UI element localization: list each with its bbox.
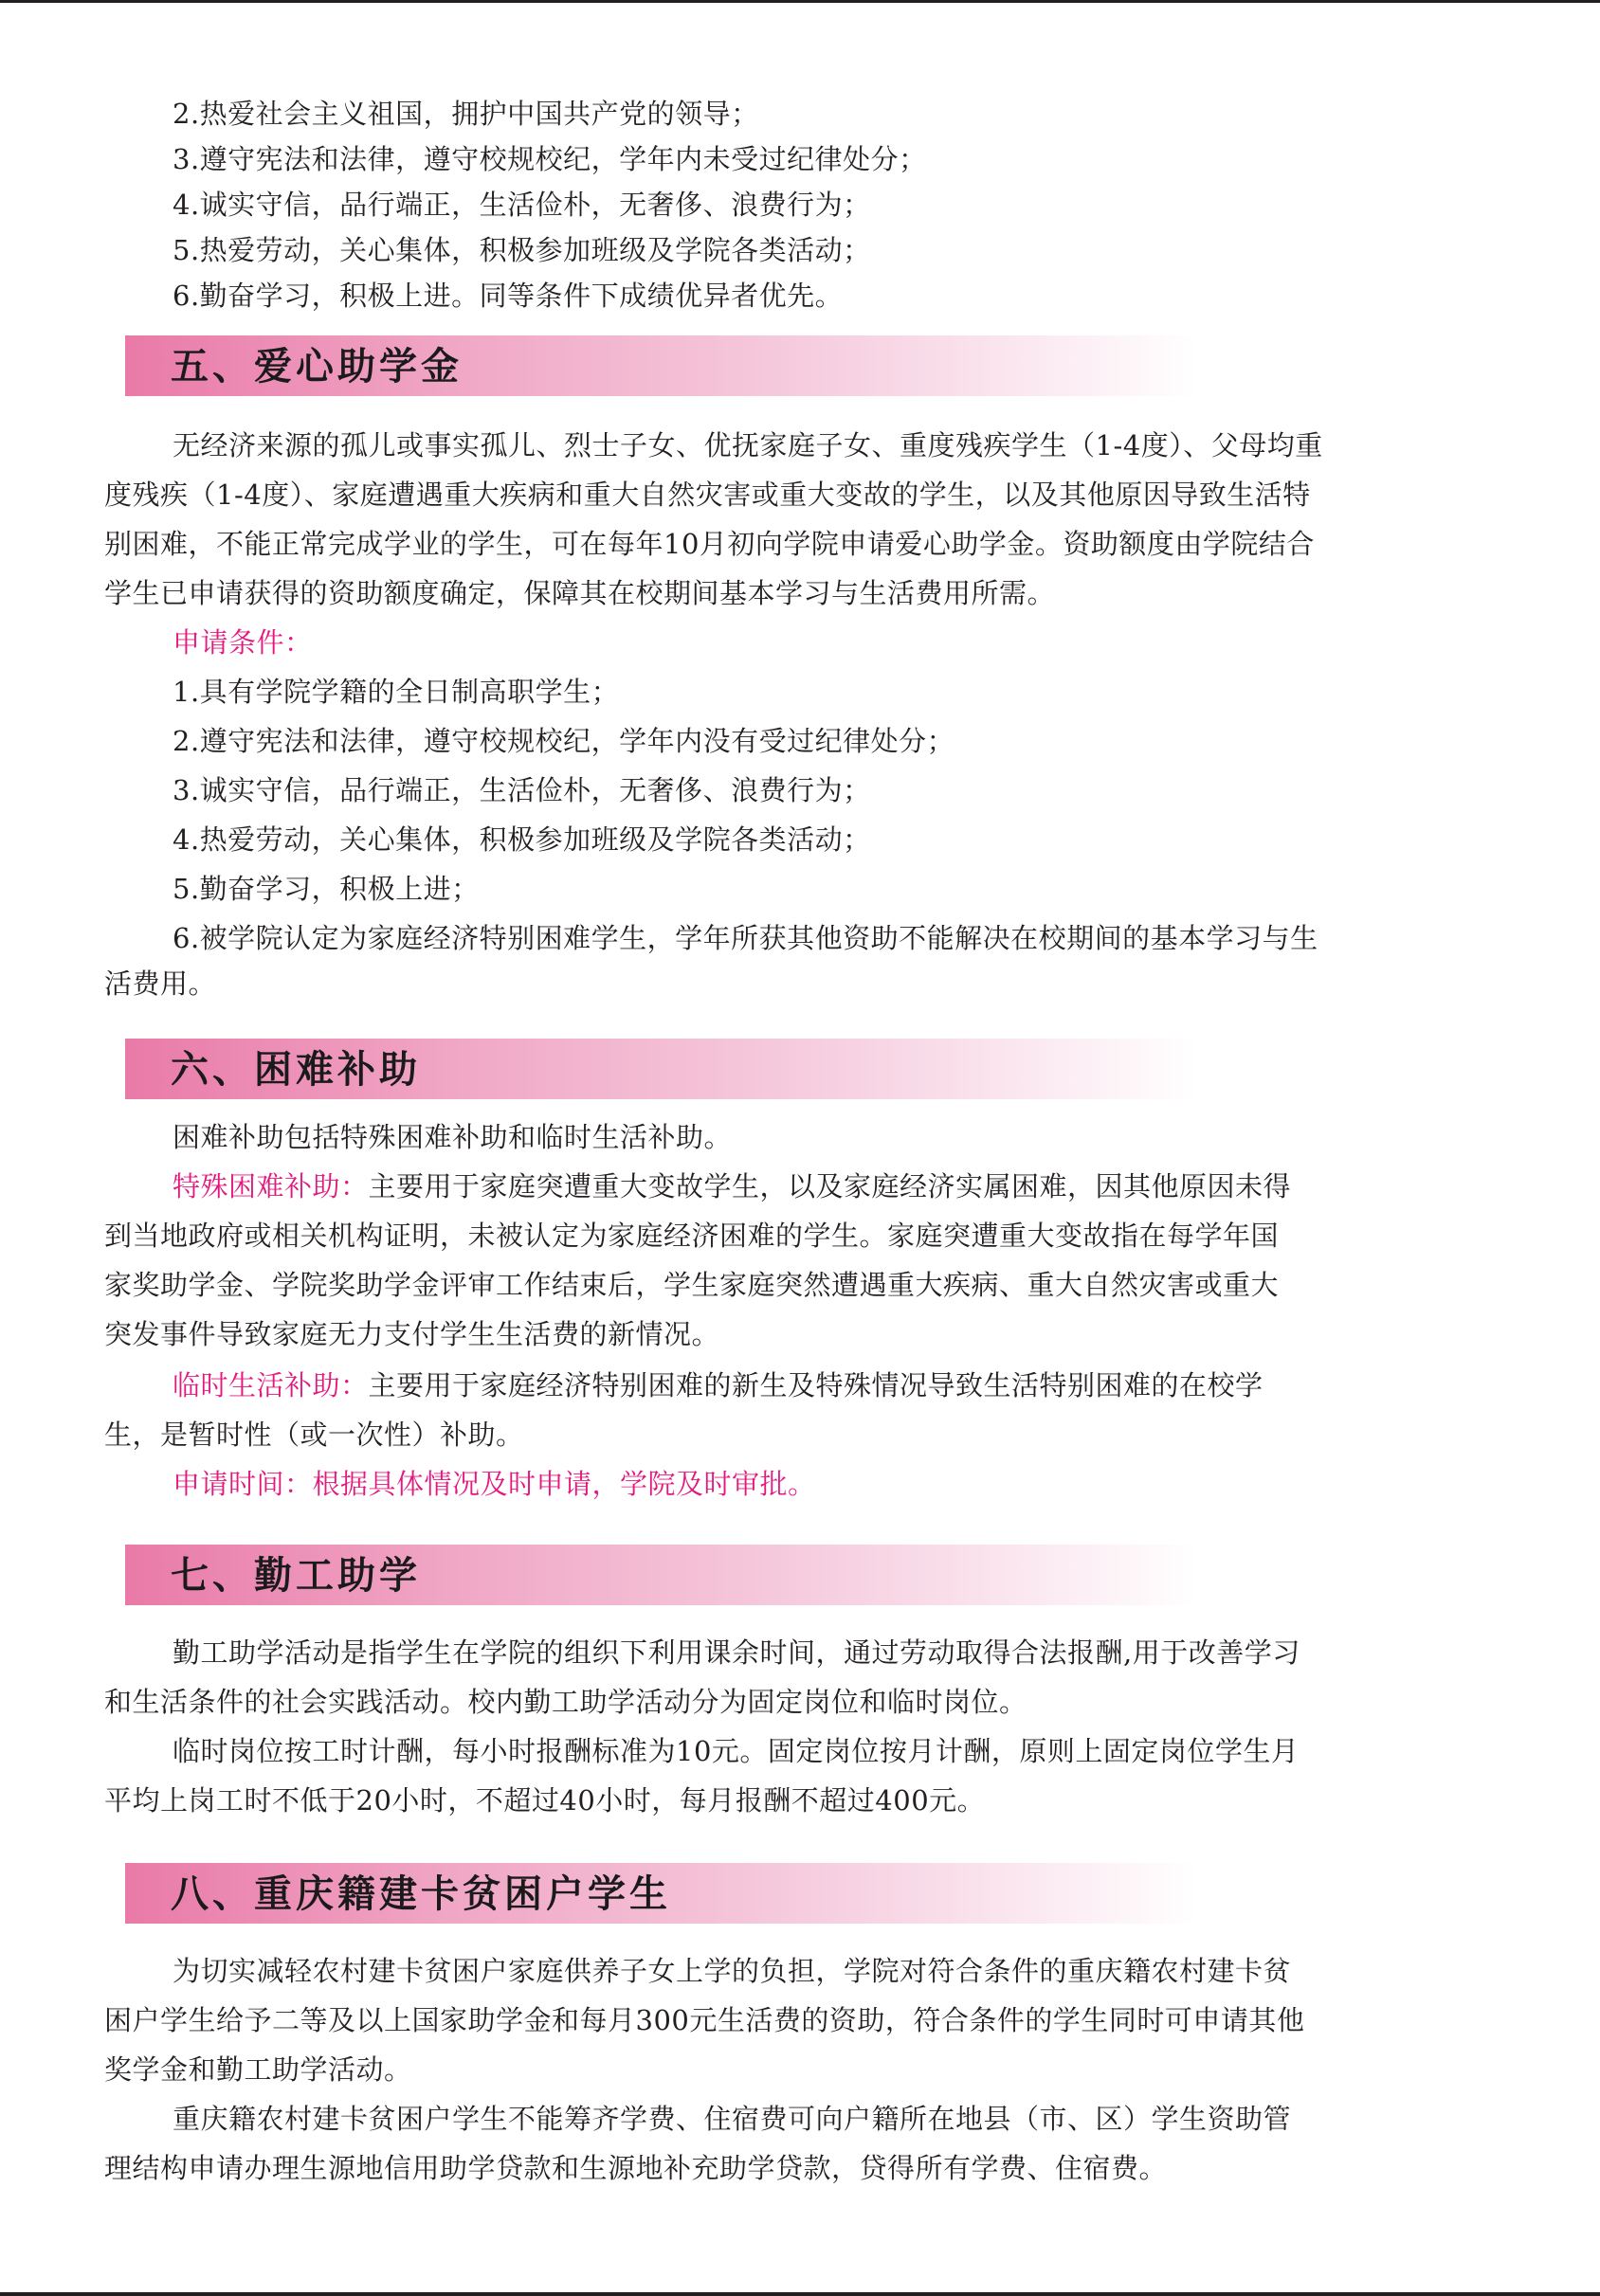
temporary-aid-label: 临时生活补助： [173,1369,369,1401]
special-hardship-label: 特殊困难补助： [173,1170,369,1202]
paragraph-line: 奖学金和勤工助学活动。 [104,2051,412,2088]
paragraph-line: 突发事件导致家庭无力支付学生生活费的新情况。 [104,1315,719,1353]
paragraph-line: 理结构申请办理生源地信用助学贷款和生源地补充助学贷款，贷得所有学费、住宿费。 [104,2149,1167,2187]
temporary-aid-line: 临时生活补助：主要用于家庭经济特别困难的新生及特殊情况导致生活特别困难的在校学 [173,1366,1264,1404]
condition-item: 5.勤奋学习，积极上进； [173,870,480,908]
section-title: 五、爱心助学金 [171,341,463,392]
section-heading-bar: 五、爱心助学金 [125,335,1196,396]
criteria-item: 6.勤奋学习，积极上进。同等条件下成绩优异者优先。 [173,277,843,315]
condition-item: 1.具有学院学籍的全日制高职学生； [173,673,619,711]
section-title: 八、重庆籍建卡贫困户学生 [171,1869,671,1920]
paragraph-line: 临时岗位按工时计酬，每小时报酬标准为10元。固定岗位按月计酬，原则上固定岗位学生… [173,1732,1299,1770]
section-title: 六、困难补助 [171,1044,421,1095]
paragraph-line: 为切实减轻农村建卡贫困户家庭供养子女上学的负担，学院对符合条件的重庆籍农村建卡贫 [173,1952,1291,1990]
paragraph-line: 生，是暂时性（或一次性）补助。 [104,1416,524,1454]
paragraph-line: 度残疾（1-4度）、家庭遭遇重大疾病和重大自然灾害或重大变故的学生，以及其他原因… [104,476,1311,514]
criteria-item: 2.热爱社会主义祖国，拥护中国共产党的领导； [173,95,759,133]
paragraph-line: 到当地政府或相关机构证明，未被认定为家庭经济困难的学生。家庭突遭重大变故指在每学… [104,1217,1279,1255]
top-border [0,0,1600,3]
paragraph-line: 困难补助包括特殊困难补助和临时生活补助。 [173,1118,732,1156]
condition-item-wrap: 活费用。 [104,965,216,1003]
paragraph-line: 和生活条件的社会实践活动。校内勤工助学活动分为固定岗位和临时岗位。 [104,1683,1027,1721]
criteria-item: 5.热爱劳动，关心集体，积极参加班级及学院各类活动； [173,231,871,269]
paragraph-line: 别困难，不能正常完成学业的学生，可在每年10月初向学院申请爱心助学金。资助额度由… [104,525,1315,563]
special-hardship-line: 特殊困难补助：主要用于家庭突遭重大变故学生，以及家庭经济实属困难，因其他原因未得 [173,1167,1291,1205]
paragraph-line: 学生已申请获得的资助额度确定，保障其在校期间基本学习与生活费用所需。 [104,574,1055,612]
conditions-label: 申请条件： [173,624,313,661]
criteria-item: 3.遵守宪法和法律，遵守校规校纪，学年内未受过纪律处分； [173,140,927,178]
paragraph-line: 家奖助学金、学院奖助学金评审工作结束后，学生家庭突然遭遇重大疾病、重大自然灾害或… [104,1266,1279,1304]
section-heading-bar: 六、困难补助 [125,1039,1196,1099]
paragraph-line: 困户学生给予二等及以上国家助学金和每月300元生活费的资助，符合条件的学生同时可… [104,2001,1304,2039]
paragraph-line: 重庆籍农村建卡贫困户学生不能筹齐学费、住宿费可向户籍所在地县（市、区）学生资助管 [173,2100,1291,2138]
criteria-item: 4.诚实守信，品行端正，生活俭朴，无奢侈、浪费行为； [173,186,871,224]
bottom-border [0,2292,1600,2296]
temporary-aid-text: 主要用于家庭经济特别困难的新生及特殊情况导致生活特别困难的在校学 [369,1369,1264,1401]
condition-item: 3.诚实守信，品行端正，生活俭朴，无奢侈、浪费行为； [173,771,871,809]
apply-time-note: 申请时间：根据具体情况及时申请，学院及时审批。 [173,1465,816,1503]
condition-item: 4.热爱劳动，关心集体，积极参加班级及学院各类活动； [173,821,871,859]
paragraph-line: 勤工助学活动是指学生在学院的组织下利用课余时间，通过劳动取得合法报酬,用于改善学… [173,1634,1300,1672]
paragraph-line: 平均上岗工时不低于20小时，不超过40小时，每月报酬不超过400元。 [104,1781,985,1819]
section-heading-bar: 八、重庆籍建卡贫困户学生 [125,1863,1196,1924]
paragraph-line: 无经济来源的孤儿或事实孤儿、烈士子女、优抚家庭子女、重度残疾学生（1-4度）、父… [173,426,1323,464]
section-heading-bar: 七、勤工助学 [125,1545,1196,1605]
condition-item: 6.被学院认定为家庭经济特别困难学生，学年所获其他资助不能解决在校期间的基本学习… [173,919,1318,957]
condition-item: 2.遵守宪法和法律，遵守校规校纪，学年内没有受过纪律处分； [173,722,955,760]
special-hardship-text: 主要用于家庭突遭重大变故学生，以及家庭经济实属困难，因其他原因未得 [369,1170,1292,1202]
section-title: 七、勤工助学 [171,1550,421,1601]
